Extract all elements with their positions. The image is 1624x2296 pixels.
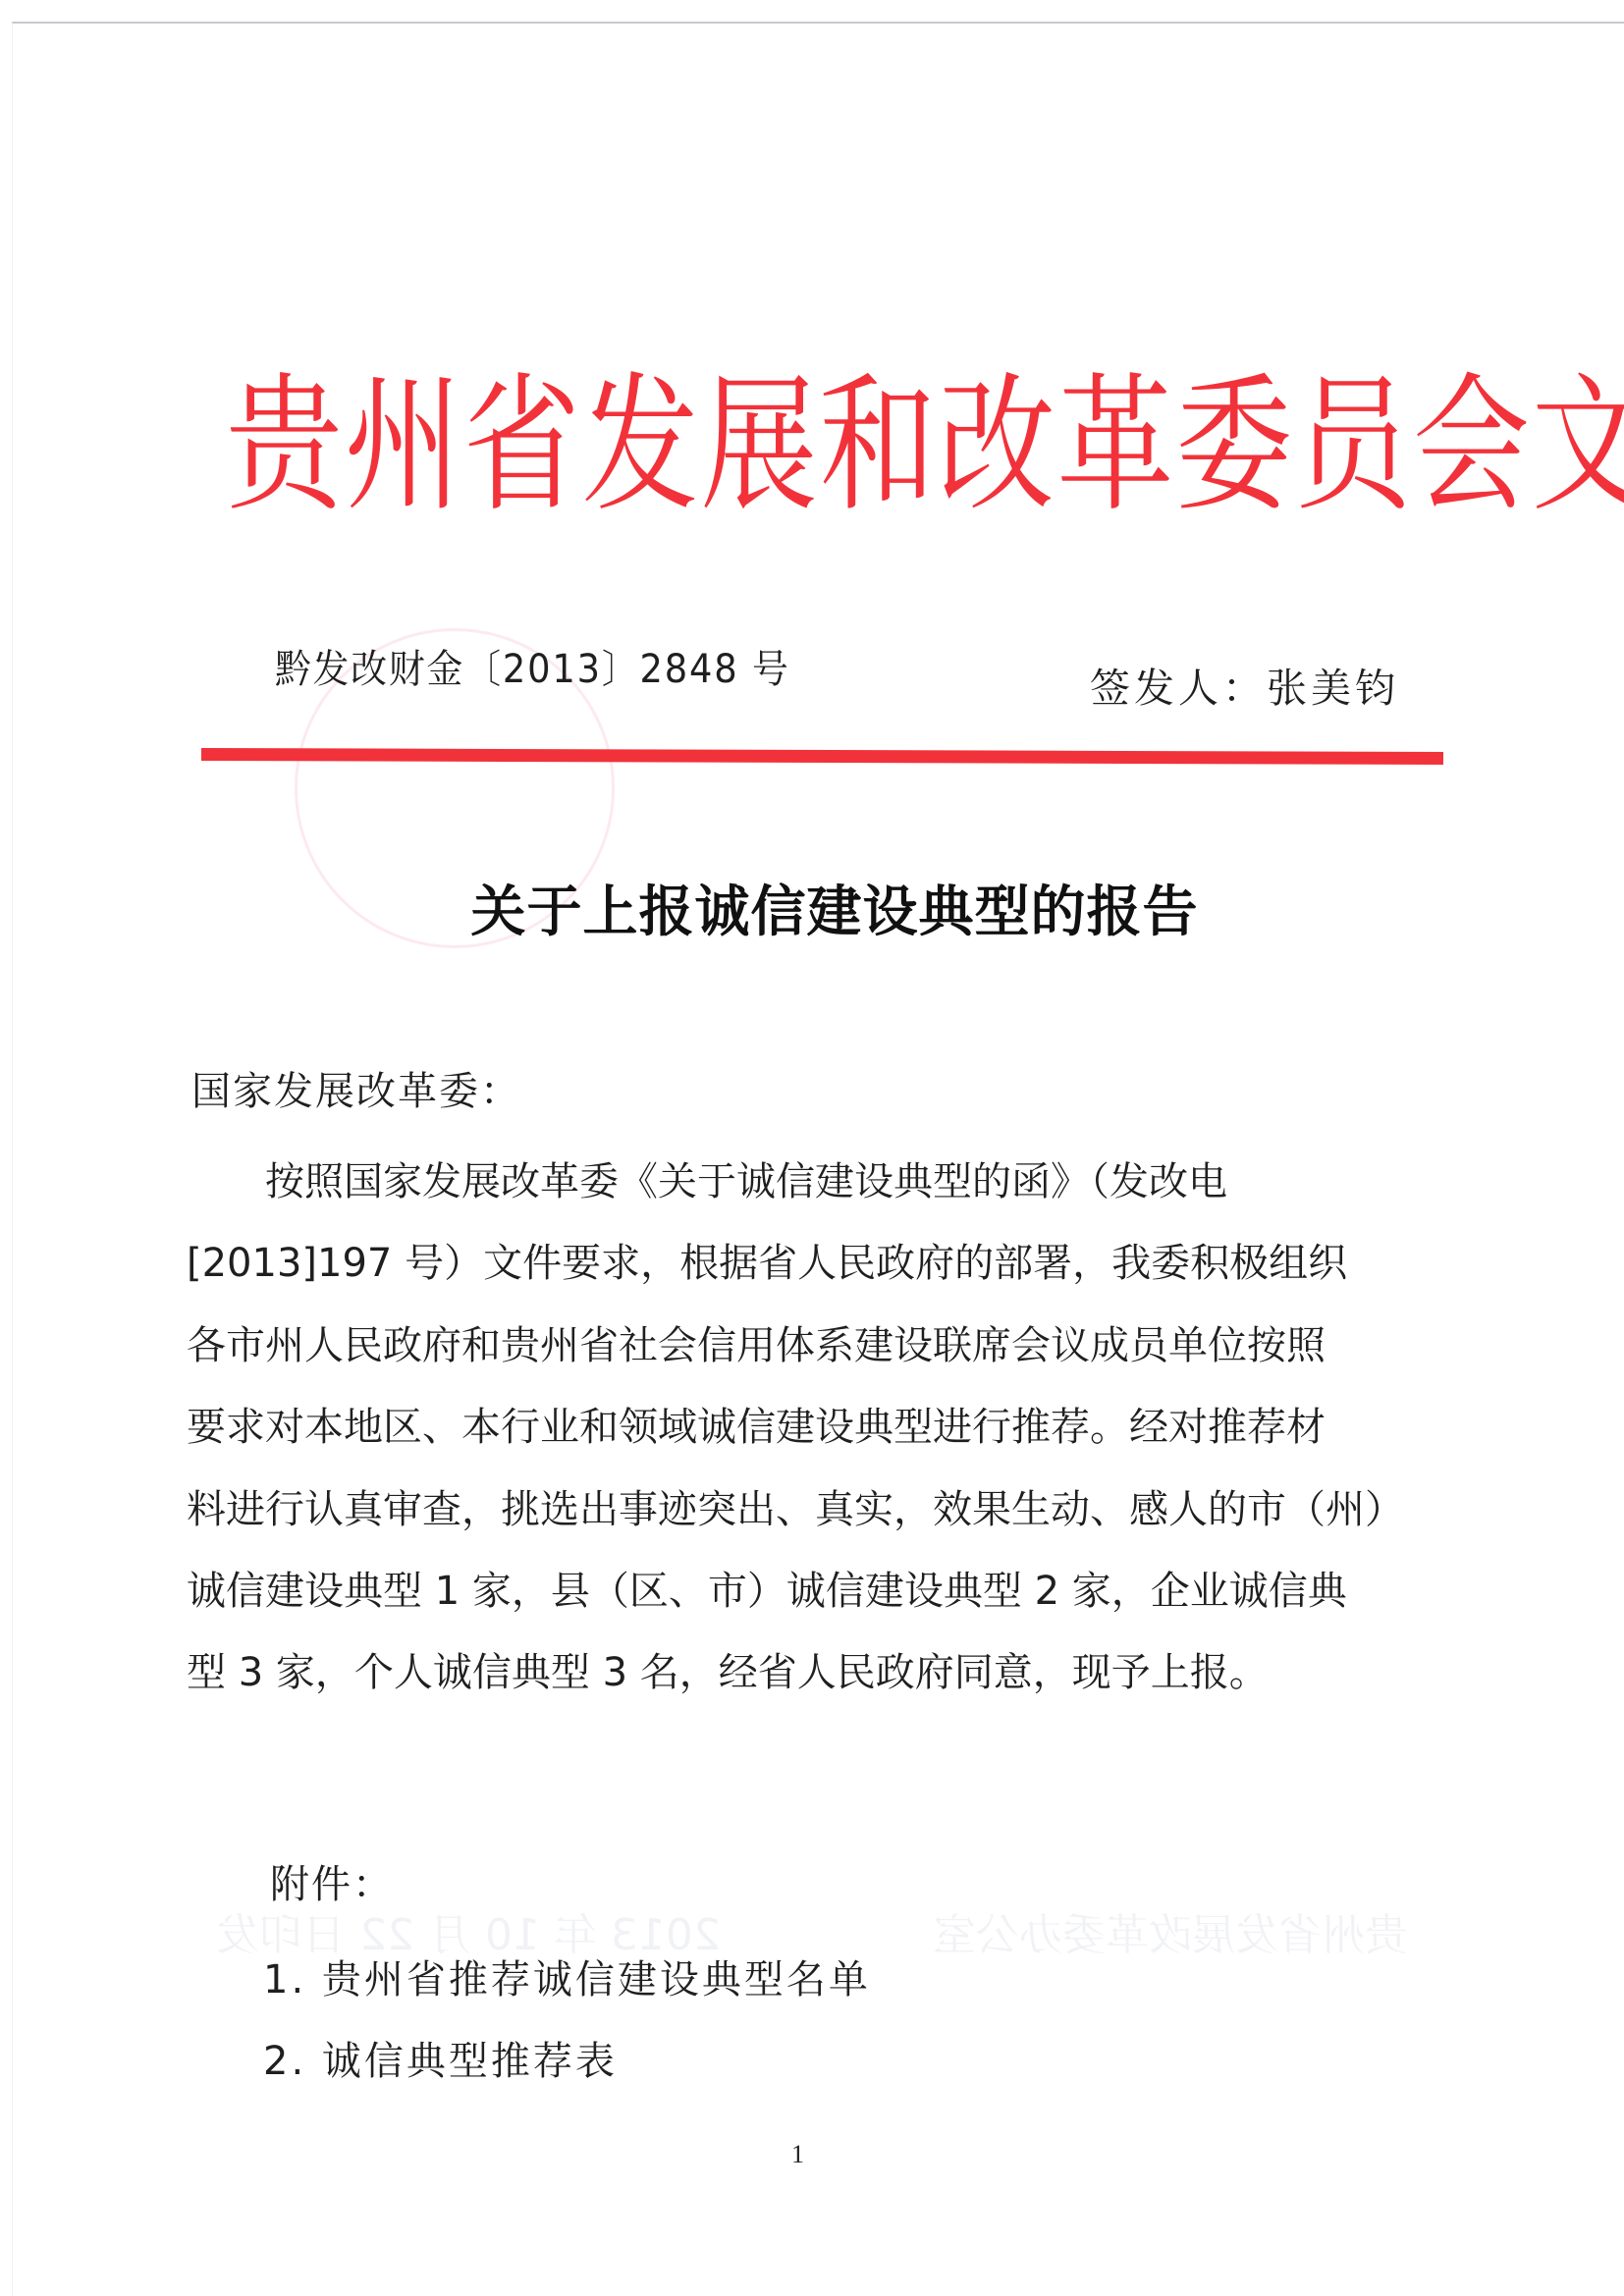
bleed-through-text-right: 贵州省发展改革委办公室 (933, 1899, 1408, 1962)
body-line: 料进行认真审查，挑选出事迹突出、真实，效果生动、感人的市（州） (187, 1478, 1458, 1534)
salutation: 国家发展改革委： (191, 1060, 521, 1116)
document-number: 黔发改财金〔2013〕2848 号 (275, 638, 790, 694)
body-line: 各市州人民政府和贵州省社会信用体系建设联席会议成员单位按照 (187, 1314, 1458, 1370)
signer-name: 张美钧 (1267, 665, 1399, 712)
page-number: 1 (791, 2140, 804, 2169)
document-title: 关于上报诚信建设典型的报告 (432, 869, 1237, 947)
body-line: 按照国家发展改革委《关于诚信建设典型的函》（发改电 (187, 1150, 1458, 1206)
signer: 签发人：张美钧 (1090, 656, 1399, 714)
attachment-item: 1. 贵州省推荐诚信建设典型名单 (263, 1949, 871, 2004)
attachments-label: 附件： (270, 1853, 394, 1909)
body-line: 诚信建设典型 1 家，县（区、市）诚信建设典型 2 家，企业诚信典 (187, 1560, 1458, 1616)
masthead-text: 贵州省发展和改革委员会文件 (226, 372, 1624, 520)
signer-label: 签发人： (1090, 665, 1267, 712)
attachment-item: 2. 诚信典型推荐表 (263, 2030, 618, 2086)
body-line: 要求对本地区、本行业和领域诚信建设典型进行推荐。经对推荐材 (187, 1396, 1458, 1452)
body-line: [2013]197 号）文件要求，根据省人民政府的部署，我委积极组织 (187, 1232, 1458, 1288)
body-line: 型 3 家，个人诚信典型 3 名，经省人民政府同意，现予上报。 (187, 1641, 1458, 1697)
masthead-title: 贵州省发展和改革委员会文件 (226, 348, 1335, 546)
